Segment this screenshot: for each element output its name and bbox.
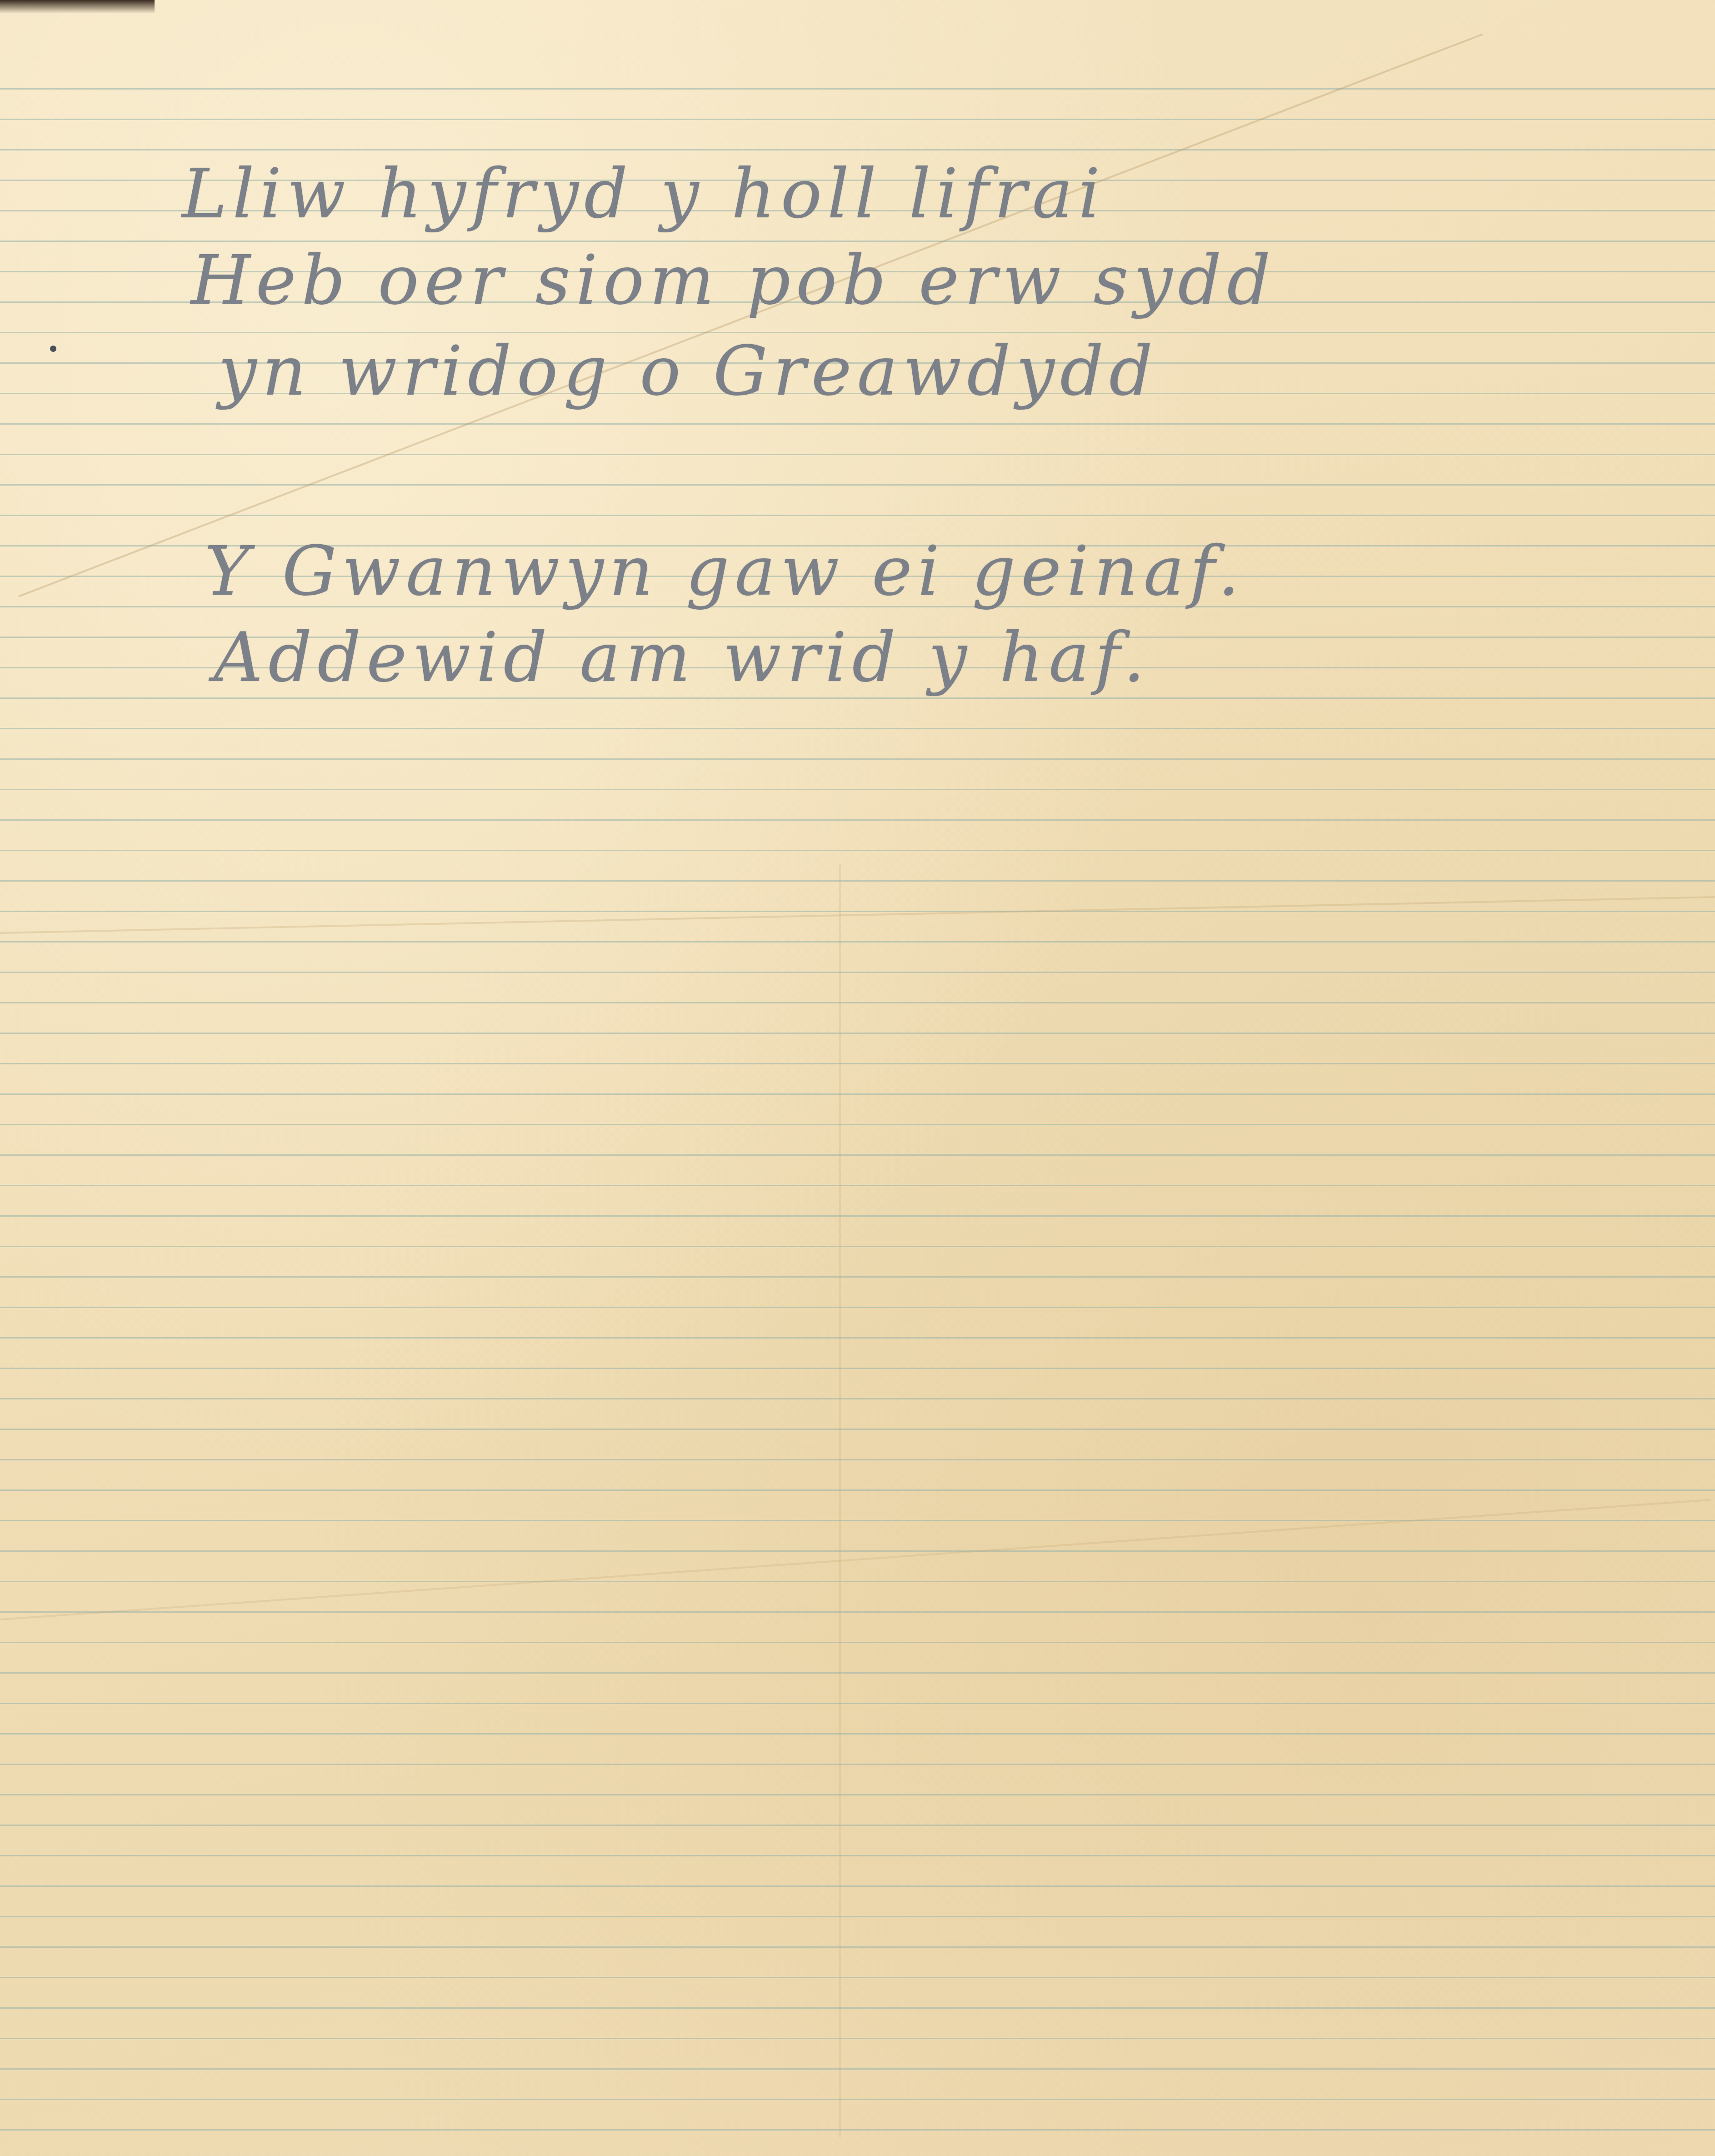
torn-corner-shadow (0, 0, 155, 14)
poem-line: yn wridog o Greawdydd (218, 332, 1158, 411)
paper-sheet: Lliw hyfryd y holl lifrai Heb oer siom p… (0, 0, 1715, 2156)
pencil-dot-mark (50, 346, 56, 352)
poem-line: Addewid am wrid y haf. (214, 618, 1150, 697)
vertical-fold-crease (839, 864, 841, 2137)
poem-line: Y Gwanwyn gaw ei geinaf. (205, 532, 1245, 611)
poem-line: Lliw hyfryd y holl lifrai (182, 155, 1105, 234)
poem-line: Heb oer siom pob erw sydd (191, 241, 1276, 320)
